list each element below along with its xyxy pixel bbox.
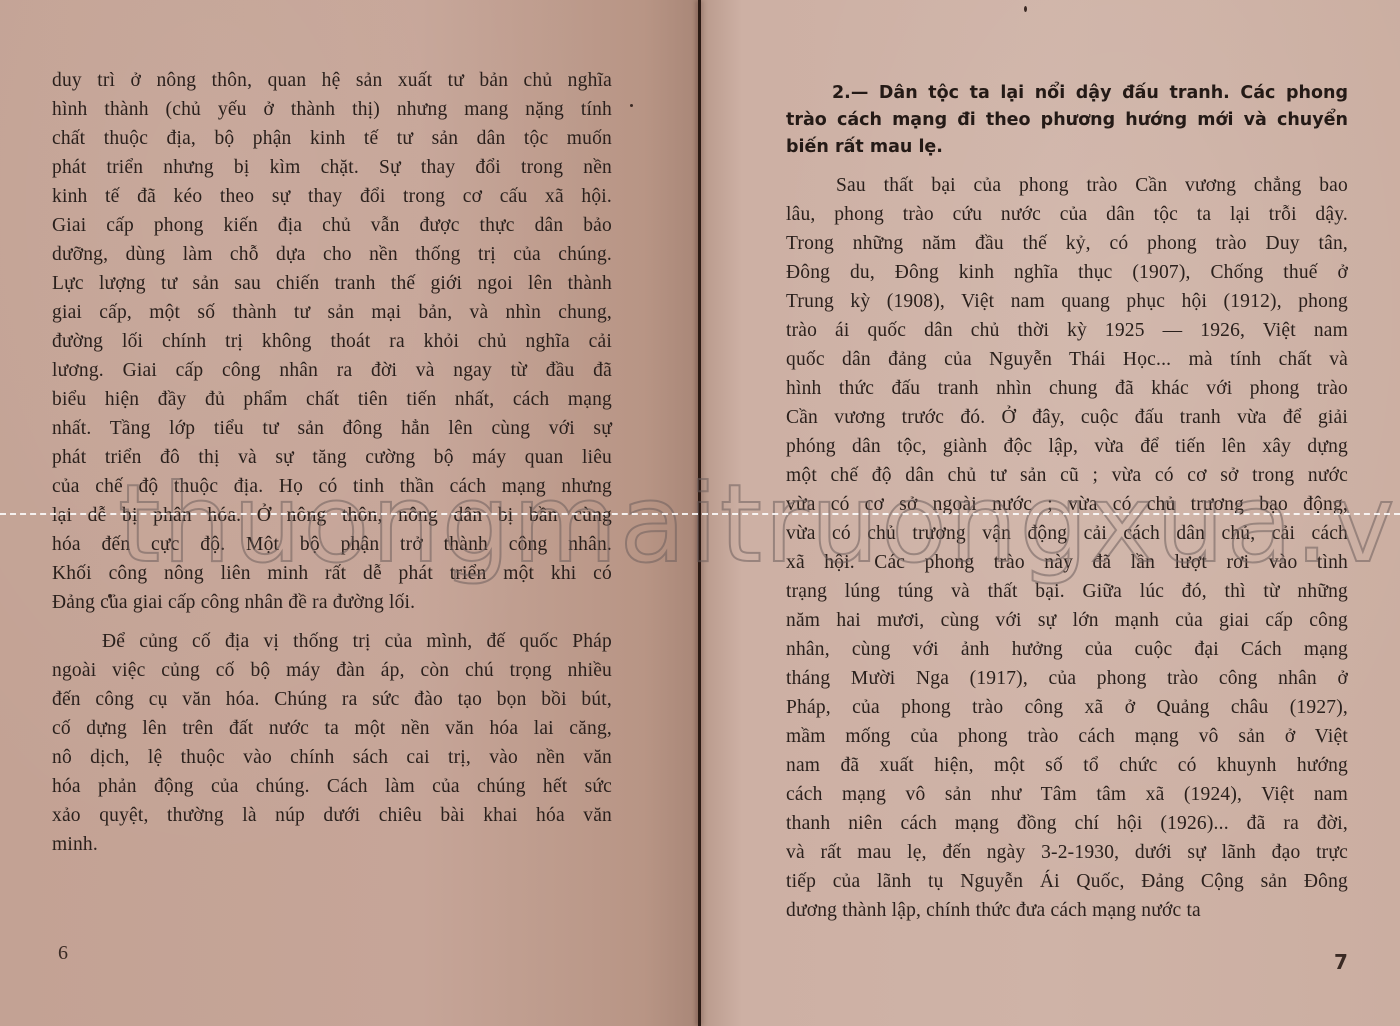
text-line: Lực lượng tư sản sau chiến tranh thế giớ… xyxy=(52,269,612,298)
paper-speck xyxy=(1024,6,1027,12)
text-line: duy trì ở nông thôn, quan hệ sản xuất tư… xyxy=(52,66,612,95)
text-line: dưỡng, dùng làm chỗ dựa cho nền thống tr… xyxy=(52,240,612,269)
text-line: biểu hiện đầy đủ phẩm chất tiên tiến nhấ… xyxy=(52,385,612,414)
page-number: 7 xyxy=(1334,950,1348,974)
text-line: Pháp, của phong trào công xã ở Quảng châ… xyxy=(786,693,1348,722)
text-line: hình thức đấu tranh nhìn chung đã khác v… xyxy=(786,374,1348,403)
text-line: phóng dân tộc, giành độc lập, vừa để tiế… xyxy=(786,432,1348,461)
text-line: nhân, cùng với ảnh hưởng của cuộc đại Cá… xyxy=(786,635,1348,664)
text-line: Giai cấp phong kiến địa chủ vẫn được thự… xyxy=(52,211,612,240)
text-line: thanh niên cách mạng đồng chí hội (1926)… xyxy=(786,809,1348,838)
paper-speck xyxy=(630,104,633,107)
text-line: phát triển đô thị và sự tăng cường bộ má… xyxy=(52,443,612,472)
text-line: hóa phản động của chúng. Cách làm của ch… xyxy=(52,772,612,801)
text-line: Khối công nông liên minh rất dễ phát tri… xyxy=(52,559,612,588)
text-line: nam đã xuất hiện, một số tổ chức có khuy… xyxy=(786,751,1348,780)
text-line: giai cấp, một số thành tư sản mại bản, v… xyxy=(52,298,612,327)
page-number: 6 xyxy=(58,942,68,965)
text-line: tháng Mười Nga (1917), của phong trào cô… xyxy=(786,664,1348,693)
text-line: 2.— Dân tộc ta lại nổi dậy đấu tranh. Cá… xyxy=(786,80,1348,107)
text-line: cố dựng lên trên đất nước ta một nền văn… xyxy=(52,714,612,743)
text-line: kinh tế đã kéo theo sự thay đổi trong cơ… xyxy=(52,182,612,211)
text-line: đến công cụ văn hóa. Chúng ra sức đào tạ… xyxy=(52,685,612,714)
text-line: phát triển nhưng bị kìm chặt. Sự thay đổ… xyxy=(52,153,612,182)
paragraph: Để củng cố địa vị thống trị của mình, đế… xyxy=(52,627,612,859)
text-line: Đảng của giai cấp công nhân đề ra đường … xyxy=(52,588,612,617)
paragraph: Sau thất bại của phong trào Cần vương ch… xyxy=(786,171,1348,925)
text-line: Cần vương trước đó. Ở đây, cuộc đấu tran… xyxy=(786,403,1348,432)
text-line: nô dịch, lệ thuộc vào chính sách cai trị… xyxy=(52,743,612,772)
text-line: và rất mau lẹ, đến ngày 3-2-1930, dưới s… xyxy=(786,838,1348,867)
text-line: lâu, phong trào cứu nước của dân tộc ta … xyxy=(786,200,1348,229)
text-line: minh. xyxy=(52,830,612,859)
text-line: Trong những năm đầu thế kỷ, có phong trà… xyxy=(786,229,1348,258)
text-line: Trung kỳ (1908), Việt nam quang phục hội… xyxy=(786,287,1348,316)
text-line: ngoài việc củng cố bộ máy đàn áp, còn ch… xyxy=(52,656,612,685)
text-line: đường lối chính trị không thoát ra khỏi … xyxy=(52,327,612,356)
text-line: hóa đến cực độ. Một bộ phận trở thành cô… xyxy=(52,530,612,559)
text-line: tiếp của lãnh tụ Nguyễn Ái Quốc, Đảng Cộ… xyxy=(786,867,1348,896)
text-line: một chế độ dân chủ tư sản cũ ; vừa có cơ… xyxy=(786,461,1348,490)
text-line: chất thuộc địa, bộ phận kinh tế tư sản d… xyxy=(52,124,612,153)
text-line: của chế độ thuộc địa. Họ có tinh thần cá… xyxy=(52,472,612,501)
text-line: Sau thất bại của phong trào Cần vương ch… xyxy=(786,171,1348,200)
text-line: quốc dân đảng của Nguyễn Thái Học... mà … xyxy=(786,345,1348,374)
text-line: trào cách mạng đi theo phương hướng mới … xyxy=(786,107,1348,134)
text-line: trạng lúng túng và thất bại. Giữa lúc đó… xyxy=(786,577,1348,606)
text-line: dương thành lập, chính thức đưa cách mạn… xyxy=(786,896,1348,925)
text-line: lại dễ bị phân hóa. Ở nông thôn, nông dâ… xyxy=(52,501,612,530)
text-line: biến rất mau lẹ. xyxy=(786,134,1348,161)
text-line: lương. Giai cấp công nhân ra đời và ngay… xyxy=(52,356,612,385)
text-line: năm hai mươi, cùng với sự lớn mạnh của g… xyxy=(786,606,1348,635)
text-line: nhất. Tầng lớp tiểu tư sản đông hẳn lên … xyxy=(52,414,612,443)
text-line: cách mạng vô sản như Tâm tâm xã (1924), … xyxy=(786,780,1348,809)
text-line: Để củng cố địa vị thống trị của mình, đế… xyxy=(52,627,612,656)
section-heading: 2.— Dân tộc ta lại nổi dậy đấu tranh. Cá… xyxy=(786,80,1348,161)
text-line: mầm mống của phong trào cách mạng vô sản… xyxy=(786,722,1348,751)
text-line: Đông du, Đông kinh nghĩa thục (1907), Ch… xyxy=(786,258,1348,287)
book-spread: duy trì ở nông thôn, quan hệ sản xuất tư… xyxy=(0,0,1400,1026)
text-line: vừa có chủ trương vận động cải cách dân … xyxy=(786,519,1348,548)
paragraph: duy trì ở nông thôn, quan hệ sản xuất tư… xyxy=(52,66,612,617)
right-page-text: 2.— Dân tộc ta lại nổi dậy đấu tranh. Cá… xyxy=(786,80,1348,925)
text-line: hình thành (chủ yếu ở thành thị) nhưng m… xyxy=(52,95,612,124)
text-line: xã hội. Các phong trào này đã lần lượt r… xyxy=(786,548,1348,577)
left-page-text: duy trì ở nông thôn, quan hệ sản xuất tư… xyxy=(52,66,612,859)
text-line: xảo quyệt, thường là núp dưới chiêu bài … xyxy=(52,801,612,830)
text-line: trào ái quốc dân chủ thời kỳ 1925 — 1926… xyxy=(786,316,1348,345)
paper-speck xyxy=(108,594,112,598)
watermark-dashed-line xyxy=(0,513,1400,515)
